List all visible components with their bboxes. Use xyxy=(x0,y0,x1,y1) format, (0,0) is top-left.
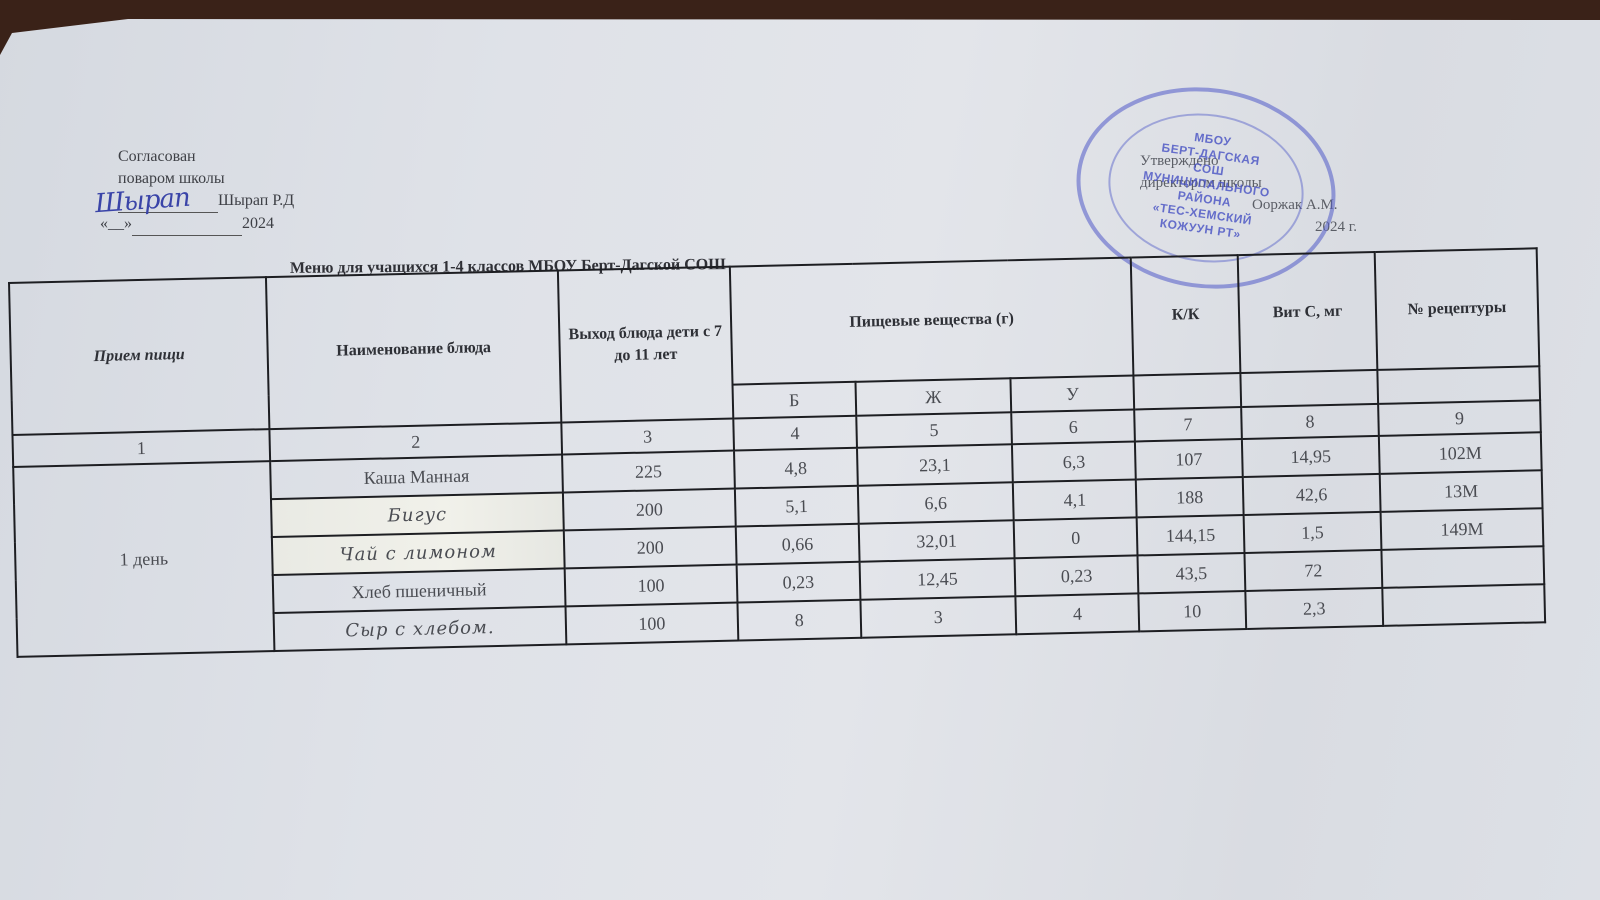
menu-table: Прием пищи Наименование блюда Выход блюд… xyxy=(8,247,1546,658)
protein-value: 0,66 xyxy=(736,524,859,565)
dish-name-handwritten: Чай с лимоном xyxy=(272,530,565,575)
header-nutrients: Пищевые вещества (г) xyxy=(730,258,1134,385)
yield-value: 200 xyxy=(563,489,736,531)
header-meal: Прием пищи xyxy=(9,277,269,435)
col-number: 8 xyxy=(1241,404,1379,439)
carbs-value: 4 xyxy=(1016,593,1140,634)
kcal-value: 188 xyxy=(1136,477,1244,517)
kcal-value: 107 xyxy=(1135,439,1243,479)
fat-value: 12,45 xyxy=(859,558,1015,600)
col-number: 3 xyxy=(561,419,734,455)
fat-value: 23,1 xyxy=(857,444,1013,486)
carbs-value: 6,3 xyxy=(1012,441,1136,482)
subheader-carbs: У xyxy=(1011,375,1134,412)
dish-name: Хлеб пшеничный xyxy=(273,568,566,613)
col-number: 5 xyxy=(856,412,1012,448)
vit-c-value: 1,5 xyxy=(1244,512,1382,553)
col-number: 7 xyxy=(1134,407,1242,441)
dish-name-handwritten: Сыр с хлебом. xyxy=(274,606,567,651)
cook-name: Шырап Р.Д xyxy=(218,192,294,209)
col-number: 9 xyxy=(1378,400,1541,436)
header-dish: Наименование блюда xyxy=(266,271,561,430)
recipe-value: 149М xyxy=(1381,508,1544,550)
vit-c-value: 72 xyxy=(1244,550,1382,591)
subheader-empty xyxy=(1133,373,1241,409)
yield-value: 200 xyxy=(564,527,737,569)
header-kcal: К/К xyxy=(1131,255,1241,375)
carbs-value: 0 xyxy=(1014,517,1138,558)
col-number: 4 xyxy=(733,416,856,451)
yield-value: 100 xyxy=(566,603,739,645)
subheader-fat: Ж xyxy=(855,378,1011,416)
yield-value: 100 xyxy=(565,565,738,607)
protein-value: 0,23 xyxy=(737,562,860,603)
protein-value: 8 xyxy=(737,600,860,641)
header-yield: Выход блюда дети с 7 до 11 лет xyxy=(558,267,733,423)
day-label: 1 день xyxy=(13,461,274,657)
dish-name: Каша Манная xyxy=(270,454,563,499)
recipe-value: 102М xyxy=(1379,432,1542,474)
vit-c-value: 14,95 xyxy=(1242,436,1380,477)
vit-c-value: 42,6 xyxy=(1243,474,1381,515)
header-vit-c: Вит С, мг xyxy=(1238,252,1378,373)
recipe-value: 13М xyxy=(1380,470,1543,512)
col-number: 6 xyxy=(1011,409,1134,444)
recipe-value xyxy=(1381,546,1544,588)
kcal-value: 144,15 xyxy=(1137,515,1245,555)
dish-name-handwritten: Бигус xyxy=(271,492,564,537)
carbs-value: 4,1 xyxy=(1013,479,1137,520)
recipe-value xyxy=(1382,584,1545,626)
yield-value: 225 xyxy=(562,451,735,493)
protein-value: 4,8 xyxy=(734,448,857,489)
fat-value: 3 xyxy=(860,596,1016,638)
kcal-value: 43,5 xyxy=(1137,553,1245,593)
date-year: 2024 xyxy=(242,215,274,232)
header-recipe: № рецептуры xyxy=(1375,248,1540,370)
vit-c-value: 2,3 xyxy=(1245,588,1383,629)
subheader-empty xyxy=(1240,370,1378,407)
carbs-value: 0,23 xyxy=(1015,555,1139,596)
fat-value: 32,01 xyxy=(858,520,1014,562)
date-line xyxy=(132,213,242,236)
subheader-protein: Б xyxy=(733,382,856,419)
approval-label: Согласован xyxy=(118,146,294,168)
protein-value: 5,1 xyxy=(735,486,858,527)
kcal-value: 10 xyxy=(1138,591,1246,631)
subheader-empty xyxy=(1377,366,1540,404)
fat-value: 6,6 xyxy=(857,482,1013,524)
